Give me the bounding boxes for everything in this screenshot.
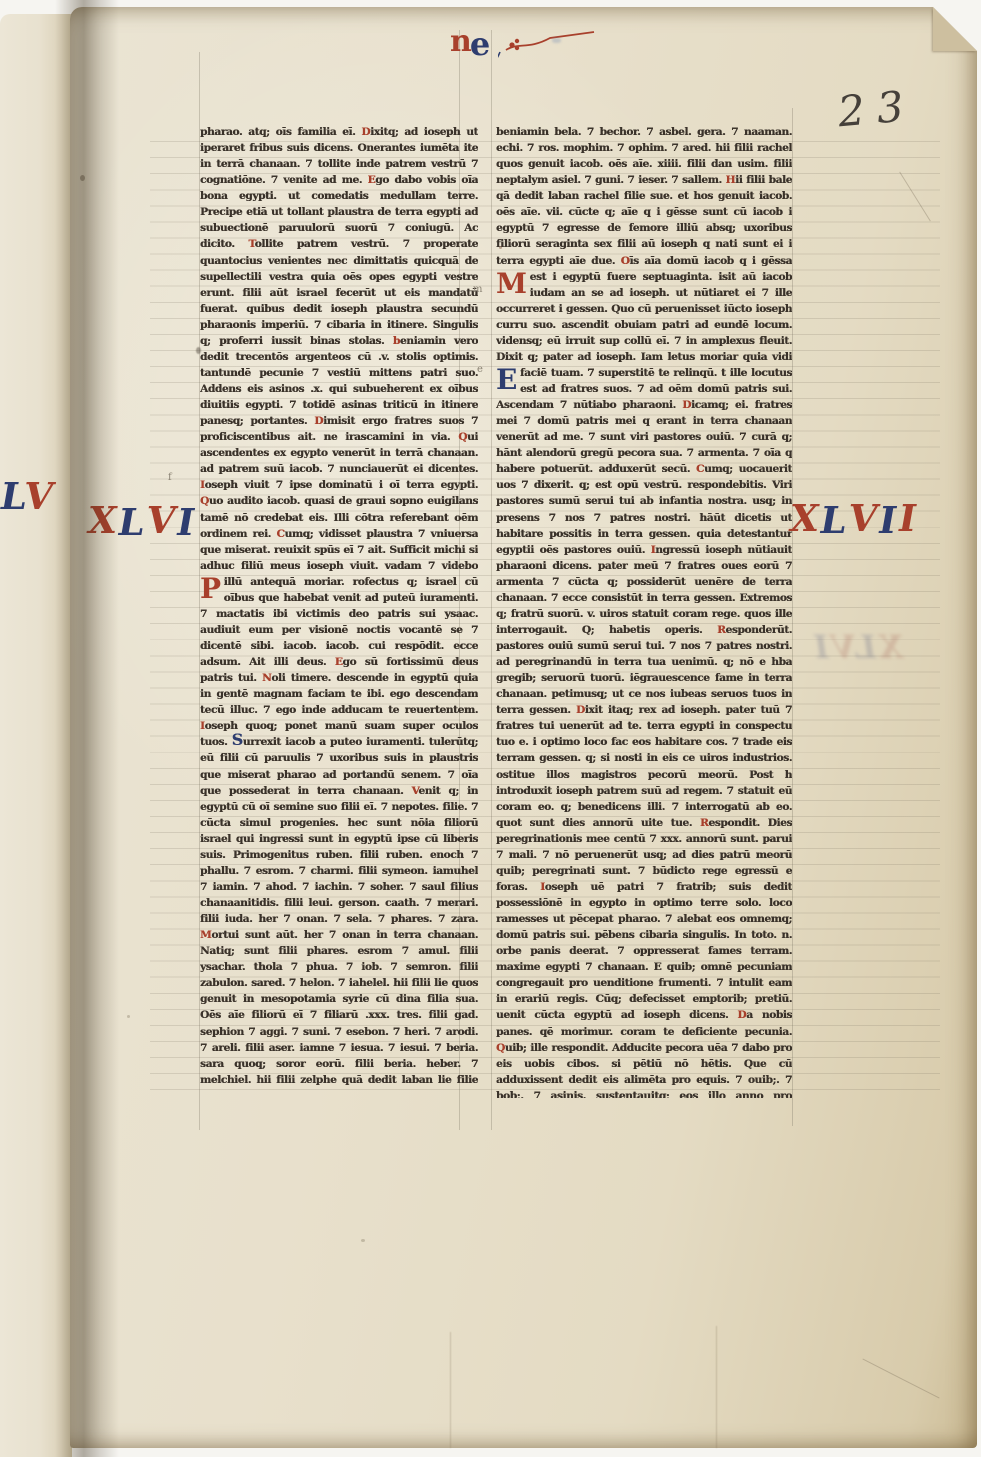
manuscript-scan: { "folio_number": "23", "colors": { "ink… <box>0 0 981 1457</box>
gothic-text-run: pharao. atq; oīs familia eī. <box>200 126 361 138</box>
chapter-number-bleedthrough: XLVI <box>809 628 906 666</box>
rubricated-initial: D <box>576 704 585 716</box>
rubricated-initial: Q <box>200 495 209 507</box>
rubricated-initial: N <box>262 672 271 684</box>
gothic-text-run: ortui sunt aūt. her 7 onan in terra chan… <box>200 929 478 1090</box>
rubricated-initial: b <box>393 335 400 347</box>
rubricated-initial: D <box>361 126 370 138</box>
rubricated-initial: Q <box>496 1042 505 1054</box>
previous-folio-edge: XLV <box>0 14 72 1457</box>
rubricated-initial: C <box>696 463 704 475</box>
ruling-line-vertical <box>491 30 492 1130</box>
rubricated-initial: H <box>725 174 735 186</box>
rubricated-initial: O <box>621 255 630 267</box>
gothic-text-run: rofectus q; israel cū oībus que habebat … <box>200 576 478 668</box>
page-corner-fold <box>933 7 977 51</box>
running-title-letter: ne <box>450 20 490 62</box>
rubric-letter: V <box>20 474 58 518</box>
text-column-right: beniamin bela. 7 bechor. 7 asbel. gera. … <box>496 124 792 1098</box>
guide-letter: e <box>477 364 483 375</box>
gothic-text-run: enit q; in egyptū cū oī semine suo filii… <box>200 785 478 926</box>
guide-letter: f <box>168 472 172 483</box>
gothic-text-run: esponderūt. pastores ouiū sumū serui tui… <box>496 624 792 716</box>
rubricated-initial: M <box>200 929 211 941</box>
gothic-text-run: isit aū iacob iudam an se ad ioseph. ut … <box>496 271 792 379</box>
ruling-line-vertical <box>792 108 793 1126</box>
rubricated-initial: D <box>737 1009 746 1021</box>
gothic-text-run: ngressū ioseph nūtiauit pharaoni dicens.… <box>496 544 792 636</box>
gothic-text-run: umq; uocauerit uos 7 dixerit. q; est opū… <box>496 463 792 555</box>
rubricated-initial: D <box>314 415 323 427</box>
rubricated-initial: S <box>232 730 243 749</box>
chapter-number-previous-page: XLV <box>0 474 59 518</box>
gothic-text-run: oseph uē patri 7 fratrib; suis dedit pos… <box>496 881 792 1022</box>
rubricated-initial: Q <box>458 431 467 443</box>
gothic-text-run: ixit itaq; rex ad ioseph. pater tuū 7 fr… <box>496 704 792 828</box>
gothic-text-run: eniamin vero dedit trecentōs argenteos c… <box>200 335 478 427</box>
header-flourish <box>498 26 608 68</box>
rubric-letter: X <box>874 628 906 666</box>
chapter-number-xlvi: XLVI <box>84 498 201 542</box>
rubricated-initial: R <box>717 624 725 636</box>
rubricated-initial: D <box>682 399 691 411</box>
gothic-text-run: oseph viuit 7 ipse dominatū i oī terra e… <box>205 479 478 491</box>
rubricated-initial: E <box>496 365 520 392</box>
rubricated-initial: M <box>496 269 530 296</box>
rubric-letter: n <box>450 24 472 59</box>
rubricated-initial: P <box>200 574 224 601</box>
gothic-text-run: ollite patrem vestrū. 7 properate quanto… <box>200 238 478 346</box>
rubric-letter: e <box>470 24 490 64</box>
guide-letter: m <box>473 284 482 295</box>
gothic-text-run: uib; ille respondit. Adducite pecora uēa… <box>496 1042 792 1098</box>
rubricated-initial: C <box>277 528 285 540</box>
folio-number: 23 <box>836 81 917 137</box>
running-title: ne <box>450 20 580 70</box>
gothic-text-run: ii filii bale qā dedit laban rachel fili… <box>496 174 792 266</box>
text-column-left: pharao. atq; oīs familia eī. Dixitq; ad … <box>200 124 478 1090</box>
chapter-number-xlvii: XLVII <box>786 496 922 540</box>
